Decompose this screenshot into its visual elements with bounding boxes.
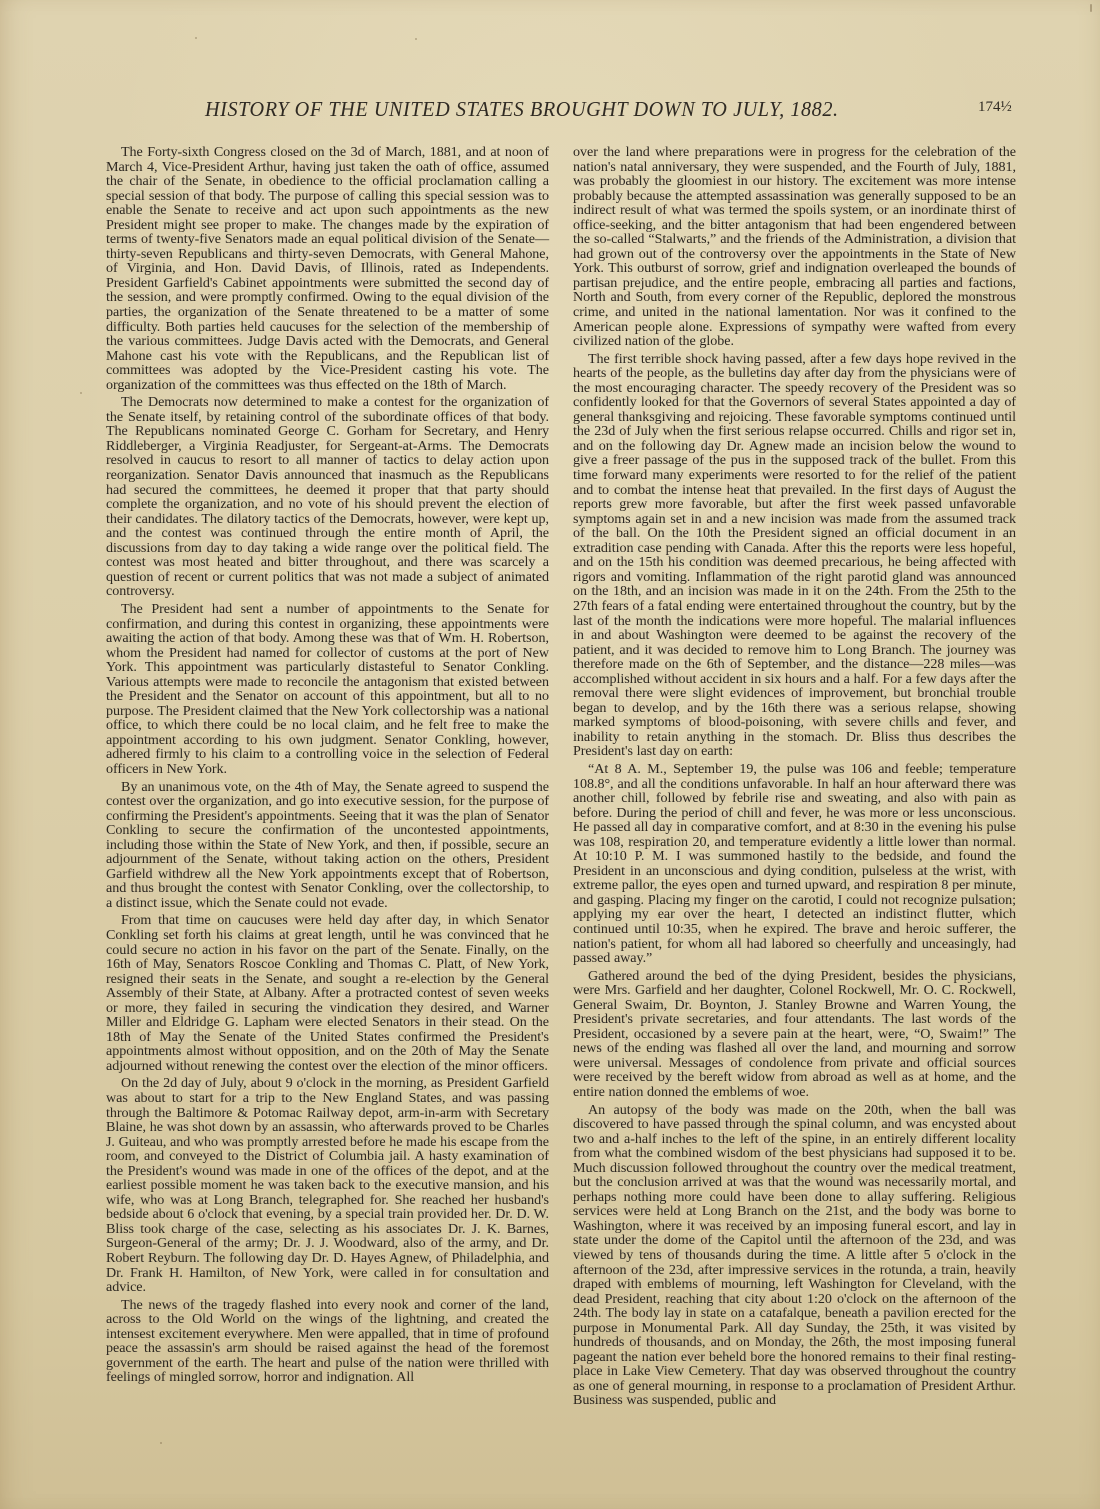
running-title: HISTORY OF THE UNITED STATES BROUGHT DOW… [205,97,839,122]
page-number: 174½ [978,99,1012,116]
paragraph-autopsy-funeral: An autopsy of the body was made on the 2… [573,1103,1016,1408]
paragraph-hope-revived: The first terrible shock having passed, … [573,352,1016,759]
right-column: over the land where preparations were in… [573,145,1016,1411]
paper-speck [415,38,417,40]
two-column-body: The Forty-sixth Congress closed on the 3… [106,145,1016,1411]
paper-mark [1090,4,1092,12]
paragraph-democrats-contest: The Democrats now determined to make a c… [106,395,549,599]
paper-speck [195,37,197,39]
paragraph-executive-session: By an unanimous vote, on the 4th of May,… [106,780,549,911]
paragraph-national-lamentation: over the land where preparations were in… [573,145,1016,349]
paper-speck [80,392,82,394]
paragraph-garfield-shot: On the 2d day of July, about 9 o'clock i… [106,1076,549,1294]
left-column: The Forty-sixth Congress closed on the 3… [106,145,549,1411]
running-head: HISTORY OF THE UNITED STATES BROUGHT DOW… [0,97,1100,127]
paragraph-bliss-quote: “At 8 A. M., September 19, the pulse was… [573,762,1016,966]
paragraph-news-of-tragedy: The news of the tragedy flashed into eve… [106,1298,549,1385]
paragraph-robertson-appointment: The President had sent a number of appoi… [106,602,549,777]
paragraph-deathbed: Gathered around the bed of the dying Pre… [573,969,1016,1100]
paper-speck [160,1442,162,1444]
paragraph-forty-sixth-congress: The Forty-sixth Congress closed on the 3… [106,145,549,392]
book-page: HISTORY OF THE UNITED STATES BROUGHT DOW… [0,0,1100,1509]
paragraph-conkling-resignation: From that time on caucuses were held day… [106,913,549,1073]
